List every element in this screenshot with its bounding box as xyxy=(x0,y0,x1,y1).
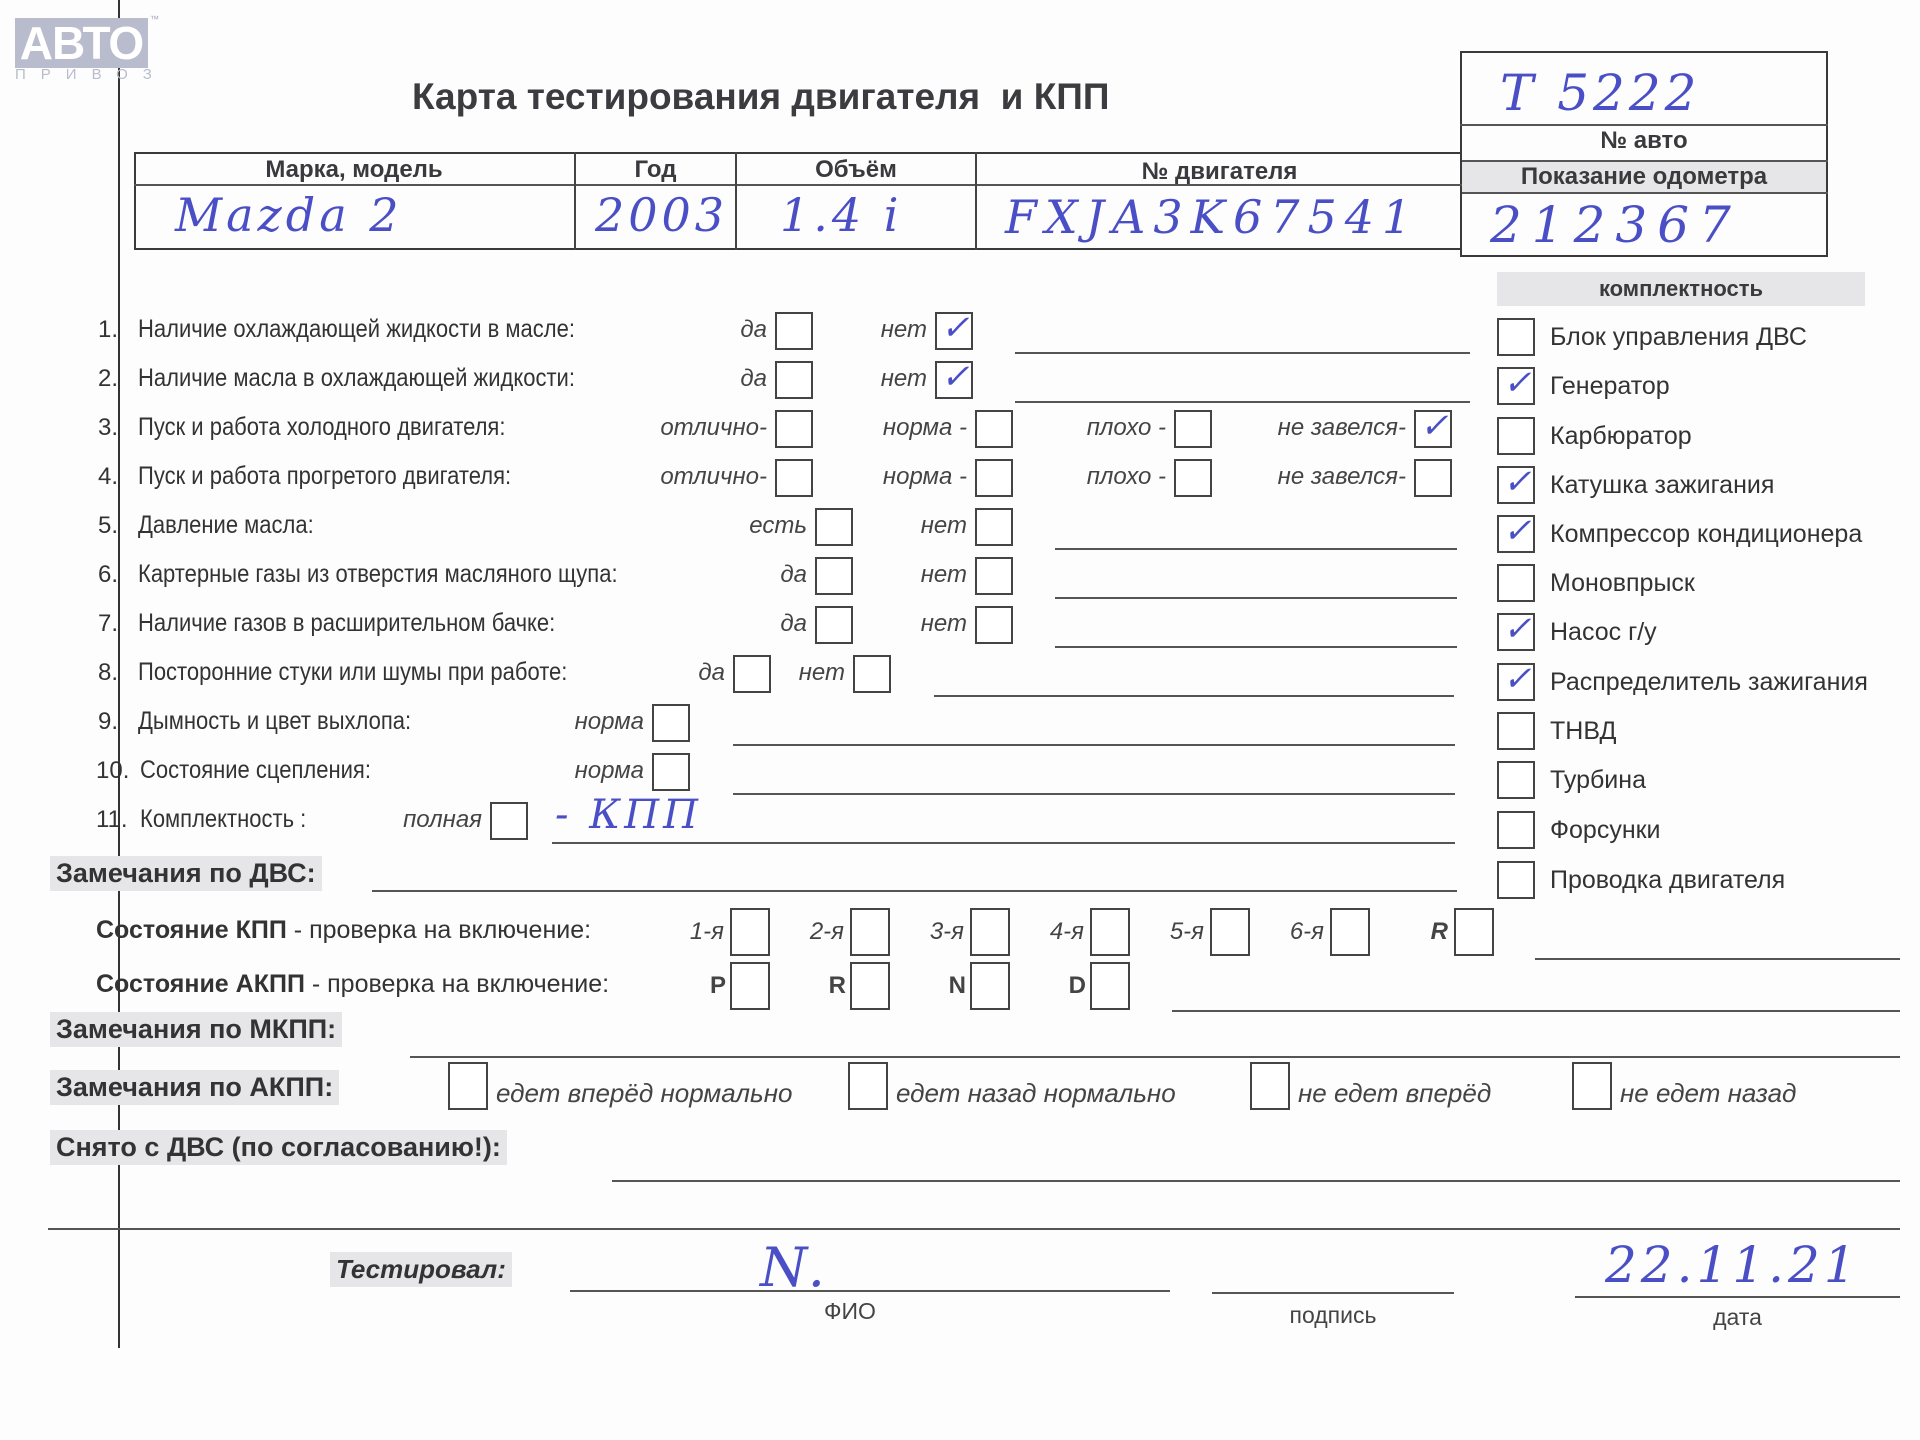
column-header-volume: Объём xyxy=(737,156,975,184)
date-caption: дата xyxy=(1575,1304,1900,1331)
option-label: нет xyxy=(921,512,967,540)
completeness-item-label: Форсунки xyxy=(1550,816,1661,845)
row-note-field[interactable] xyxy=(733,793,1455,795)
signature-caption: подпись xyxy=(1212,1302,1454,1329)
option-checkbox[interactable]: ✓ xyxy=(935,361,973,399)
gear-checkbox[interactable] xyxy=(1090,908,1130,956)
completeness-item-label: Насос г/у xyxy=(1550,618,1657,647)
check-mark-icon: ✓ xyxy=(1503,462,1532,502)
option-checkbox[interactable] xyxy=(775,312,813,350)
row-label: Наличие масла в охлаждающей жидкости: xyxy=(138,364,575,393)
option-label: не завелся- xyxy=(1278,414,1406,442)
option-checkbox[interactable] xyxy=(775,361,813,399)
gear-checkbox[interactable] xyxy=(1330,908,1370,956)
auto-gearbox-note-field[interactable] xyxy=(1172,1010,1900,1012)
gear-label: 4-я xyxy=(1050,918,1084,946)
completeness-checkbox[interactable]: ✓ xyxy=(1497,466,1535,504)
column-header-year: Год xyxy=(576,156,735,184)
akpp-option-checkbox[interactable] xyxy=(1572,1062,1612,1110)
row-number: 9. xyxy=(98,708,118,736)
vehicle-number-label: № авто xyxy=(1460,127,1828,155)
option-label: да xyxy=(780,610,807,638)
row-label: Комплектность : xyxy=(140,805,306,834)
completeness-checkbox[interactable] xyxy=(1497,861,1535,899)
completeness-item-label: Карбюратор xyxy=(1550,422,1692,451)
row-number: 4. xyxy=(98,463,118,491)
option-label: да xyxy=(780,561,807,589)
row-number: 2. xyxy=(98,365,118,393)
akpp-option-label: не едет вперёд xyxy=(1298,1078,1491,1109)
auto-gearbox-label-rest: - проверка на включение: xyxy=(305,970,609,998)
akpp-option-label: не едет назад xyxy=(1620,1078,1796,1109)
row-number: 11. xyxy=(96,806,128,834)
option-checkbox[interactable] xyxy=(815,508,853,546)
row-note-field[interactable] xyxy=(552,842,1455,844)
option-checkbox[interactable] xyxy=(775,410,813,448)
completeness-checkbox[interactable] xyxy=(1497,712,1535,750)
gear-checkbox[interactable] xyxy=(1090,962,1130,1010)
engine-remarks-label: Замечания по ДВС: xyxy=(50,856,322,891)
row-label: Пуск и работа холодного двигателя: xyxy=(138,413,505,442)
option-label: нет xyxy=(799,659,845,687)
akpp-option-label: едет вперёд нормально xyxy=(496,1078,792,1109)
check-mark-icon: ✓ xyxy=(1420,406,1449,446)
vehicle-number-value[interactable]: T 5222 xyxy=(1500,64,1701,122)
option-checkbox[interactable] xyxy=(652,704,690,742)
akpp-remarks-label: Замечания по АКПП: xyxy=(50,1070,339,1105)
row-note-field[interactable] xyxy=(1055,646,1457,648)
fio-caption: ФИО xyxy=(570,1298,1130,1325)
date-value[interactable]: 22.11.21 xyxy=(1605,1236,1860,1294)
option-label: не завелся- xyxy=(1278,463,1406,491)
row-note-value[interactable]: - КПП xyxy=(555,792,702,838)
gear-checkbox[interactable] xyxy=(730,962,770,1010)
gear-label: 3-я xyxy=(930,918,964,946)
completeness-item-label: Компрессор кондиционера xyxy=(1550,520,1862,549)
option-label: полная xyxy=(403,806,482,834)
completeness-item-label: Проводка двигателя xyxy=(1550,866,1785,895)
option-label: да xyxy=(698,659,725,687)
option-label: отлично- xyxy=(660,414,767,442)
completeness-item-label: Блок управления ДВС xyxy=(1550,323,1807,352)
option-label: норма - xyxy=(883,463,967,491)
row-number: 8. xyxy=(98,659,118,687)
option-label: норма xyxy=(575,708,644,736)
gear-checkbox[interactable] xyxy=(970,962,1010,1010)
option-checkbox[interactable] xyxy=(975,459,1013,497)
column-header-engine-number: № двигателя xyxy=(977,158,1462,186)
row-note-field[interactable] xyxy=(733,744,1455,746)
option-label: плохо - xyxy=(1087,463,1166,491)
completeness-item-label: Моновпрыск xyxy=(1550,569,1695,598)
engine-number-value[interactable]: FXJA3K67541 xyxy=(1005,190,1419,244)
tested-by-label: Тестировал: xyxy=(330,1252,512,1287)
removed-label: Снято с ДВС (по согласованию!): xyxy=(50,1130,507,1165)
separator xyxy=(48,1228,1900,1230)
gear-label: 1-я xyxy=(690,918,724,946)
odometer-label: Показание одометра xyxy=(1462,162,1826,192)
row-label: Пуск и работа прогретого двигателя: xyxy=(138,462,511,491)
gear-label: R xyxy=(1431,918,1448,946)
logo: АВТО xyxy=(15,18,148,68)
manual-gearbox-label: Состояние КПП - проверка на включение: xyxy=(96,916,591,945)
option-checkbox[interactable] xyxy=(1414,459,1452,497)
row-number: 3. xyxy=(98,414,118,442)
divider xyxy=(1460,192,1828,194)
completeness-item-label: Турбина xyxy=(1550,766,1646,795)
auto-gearbox-label-bold: Состояние АКПП xyxy=(96,970,305,998)
check-mark-icon: ✓ xyxy=(1503,609,1532,649)
option-checkbox[interactable] xyxy=(652,753,690,791)
option-checkbox[interactable] xyxy=(1174,459,1212,497)
option-checkbox[interactable] xyxy=(815,557,853,595)
option-checkbox[interactable] xyxy=(733,655,771,693)
divider xyxy=(1460,124,1828,126)
gear-label: P xyxy=(710,972,726,1000)
gear-label: 6-я xyxy=(1290,918,1324,946)
engine-remarks-field[interactable] xyxy=(372,890,1457,892)
option-label: да xyxy=(740,365,767,393)
row-label: Наличие охлаждающей жидкости в масле: xyxy=(138,315,575,344)
check-mark-icon: ✓ xyxy=(1503,363,1532,403)
option-checkbox[interactable] xyxy=(975,557,1013,595)
check-mark-icon: ✓ xyxy=(1503,659,1532,699)
row-number: 1. xyxy=(98,316,118,344)
option-checkbox[interactable] xyxy=(853,655,891,693)
option-checkbox[interactable] xyxy=(975,410,1013,448)
mkpp-remarks-label: Замечания по МКПП: xyxy=(50,1012,342,1047)
logo-trademark: ™ xyxy=(150,14,159,24)
completeness-checkbox[interactable] xyxy=(1497,318,1535,356)
akpp-option-checkbox[interactable] xyxy=(848,1062,888,1110)
option-checkbox[interactable] xyxy=(775,459,813,497)
row-note-field[interactable] xyxy=(1015,401,1470,403)
option-label: да xyxy=(740,316,767,344)
fio-value[interactable]: N. xyxy=(760,1236,829,1299)
check-mark-icon: ✓ xyxy=(941,308,970,348)
completeness-checkbox[interactable]: ✓ xyxy=(1497,663,1535,701)
row-label: Посторонние стуки или шумы при работе: xyxy=(138,658,567,687)
akpp-option-label: едет назад нормально xyxy=(896,1078,1176,1109)
gear-checkbox[interactable] xyxy=(1210,908,1250,956)
gear-checkbox[interactable] xyxy=(850,908,890,956)
row-label: Дымность и цвет выхлопа: xyxy=(138,707,411,736)
auto-gearbox-label: Состояние АКПП - проверка на включение: xyxy=(96,970,609,999)
completeness-checkbox[interactable] xyxy=(1497,564,1535,602)
date-field[interactable] xyxy=(1575,1296,1900,1298)
row-note-field[interactable] xyxy=(1055,597,1457,599)
akpp-option-checkbox[interactable] xyxy=(448,1062,488,1110)
row-label: Состояние сцепления: xyxy=(140,756,371,785)
completeness-item-label: Катушка зажигания xyxy=(1550,471,1774,500)
gear-checkbox[interactable] xyxy=(850,962,890,1010)
gear-checkbox[interactable] xyxy=(970,908,1010,956)
gear-checkbox[interactable] xyxy=(730,908,770,956)
page-title: Карта тестирования двигателя и КПП xyxy=(412,76,1109,118)
option-label: нет xyxy=(921,561,967,589)
row-number: 5. xyxy=(98,512,118,540)
option-checkbox[interactable] xyxy=(1174,410,1212,448)
completeness-checkbox[interactable]: ✓ xyxy=(1497,367,1535,405)
option-label: отлично- xyxy=(660,463,767,491)
gear-label: R xyxy=(829,972,846,1000)
completeness-checkbox[interactable] xyxy=(1497,417,1535,455)
option-checkbox[interactable] xyxy=(815,606,853,644)
row-note-field[interactable] xyxy=(1015,352,1470,354)
manual-gearbox-label-bold: Состояние КПП xyxy=(96,916,287,944)
option-checkbox[interactable]: ✓ xyxy=(935,312,973,350)
option-checkbox[interactable] xyxy=(490,802,528,840)
row-number: 10. xyxy=(96,757,129,785)
completeness-checkbox[interactable] xyxy=(1497,761,1535,799)
completeness-item-label: Генератор xyxy=(1550,372,1670,401)
akpp-option-checkbox[interactable] xyxy=(1250,1062,1290,1110)
option-label: нет xyxy=(921,610,967,638)
gear-checkbox[interactable] xyxy=(1454,908,1494,956)
row-note-field[interactable] xyxy=(1055,548,1457,550)
gear-label: 2-я xyxy=(810,918,844,946)
option-label: нет xyxy=(881,316,927,344)
mkpp-remarks-field[interactable] xyxy=(410,1056,1900,1058)
logo-subtitle: ПРИВОЗ xyxy=(15,66,167,83)
gear-label: 5-я xyxy=(1170,918,1204,946)
option-checkbox[interactable] xyxy=(975,508,1013,546)
fio-field[interactable] xyxy=(570,1290,1170,1292)
completeness-item-label: ТНВД xyxy=(1550,717,1616,746)
gear-label: N xyxy=(949,972,966,1000)
signature-field[interactable] xyxy=(1212,1292,1454,1294)
option-label: есть xyxy=(749,512,807,540)
completeness-checkbox[interactable] xyxy=(1497,811,1535,849)
make-model-value[interactable]: Mazda 2 xyxy=(175,188,403,242)
row-note-field[interactable] xyxy=(934,695,1454,697)
check-mark-icon: ✓ xyxy=(941,357,970,397)
manual-gearbox-label-rest: - проверка на включение: xyxy=(287,916,591,944)
column-header-make-model: Марка, модель xyxy=(134,156,574,184)
completeness-title: комплектность xyxy=(1497,272,1865,306)
option-label: плохо - xyxy=(1087,414,1166,442)
removed-field[interactable] xyxy=(612,1180,1900,1182)
row-label: Картерные газы из отверстия масляного щу… xyxy=(138,560,618,589)
row-label: Наличие газов в расширительном бачке: xyxy=(138,609,555,638)
manual-gearbox-note-field[interactable] xyxy=(1535,958,1900,960)
completeness-checkbox[interactable]: ✓ xyxy=(1497,515,1535,553)
option-label: нет xyxy=(881,365,927,393)
check-mark-icon: ✓ xyxy=(1503,511,1532,551)
gear-label: D xyxy=(1069,972,1086,1000)
completeness-checkbox[interactable]: ✓ xyxy=(1497,613,1535,651)
row-label: Давление масла: xyxy=(138,511,314,540)
year-value[interactable]: 2003 xyxy=(595,188,728,242)
option-checkbox[interactable]: ✓ xyxy=(1414,410,1452,448)
option-label: норма xyxy=(575,757,644,785)
option-label: норма - xyxy=(883,414,967,442)
volume-value[interactable]: 1.4 i xyxy=(780,188,903,242)
odometer-value[interactable]: 212367 xyxy=(1490,196,1741,254)
row-number: 6. xyxy=(98,561,118,589)
completeness-item-label: Распределитель зажигания xyxy=(1550,668,1868,697)
row-number: 7. xyxy=(98,610,118,638)
option-checkbox[interactable] xyxy=(975,606,1013,644)
